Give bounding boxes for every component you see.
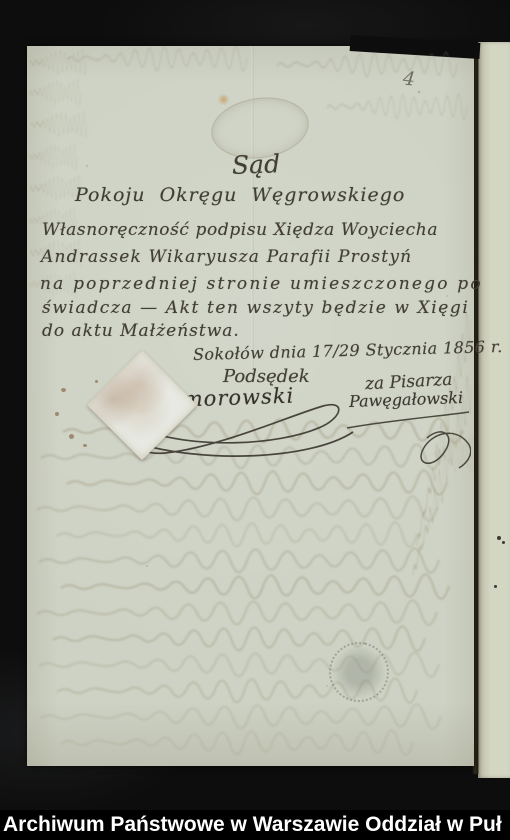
dateline: Sokołów dnia 17/29 Stycznia 1856 r. xyxy=(193,337,503,364)
handwritten-line: Andrassek Wikaryusza Parafii Prostyń xyxy=(41,247,412,267)
stain-spot xyxy=(217,94,230,105)
seal-speck xyxy=(83,444,87,447)
right-signature: Pawęgałowski xyxy=(349,388,464,411)
ink-speck xyxy=(497,536,501,540)
pencil-page-number: 4 xyxy=(402,67,416,90)
ink-speck xyxy=(494,585,497,588)
seal-speck xyxy=(95,380,98,383)
wafer-seal xyxy=(87,350,197,460)
ink-speck xyxy=(502,541,505,544)
scanned-document-viewport: Sąd Pokoju Okręgu Węgrowskiego Własnoręc… xyxy=(0,0,510,840)
handwritten-line: do aktu Małżeństwa. xyxy=(42,321,240,341)
archive-caption-text: Archiwum Państwowe w Warszawie Oddział w… xyxy=(0,810,510,839)
court-title: Sąd xyxy=(232,149,281,180)
handwritten-line: świadcza — Akt ten wszyty będzie w Xięgi xyxy=(42,298,469,318)
seal-speck xyxy=(55,412,59,416)
signature-flourish-right xyxy=(345,410,471,488)
handwritten-line: Własnoręczność podpisu Xiędza Woyciecha xyxy=(42,220,438,240)
handwritten-line: na poprzedniej stronie umieszczonego po xyxy=(40,274,483,294)
scanner-cover-shadow xyxy=(350,35,481,59)
handwritten-line: Pokoju Okręgu Węgrowskiego xyxy=(75,184,405,206)
seal-speck xyxy=(61,388,66,392)
seal-speck xyxy=(69,434,74,439)
faint-round-stamp xyxy=(323,636,394,707)
fold-crease xyxy=(251,46,254,381)
document-page: Sąd Pokoju Okręgu Węgrowskiego Własnoręc… xyxy=(27,46,474,766)
archive-caption-bar: Archiwum Państwowe w Warszawie Oddział w… xyxy=(0,810,510,840)
underlying-page-edge xyxy=(478,42,510,778)
